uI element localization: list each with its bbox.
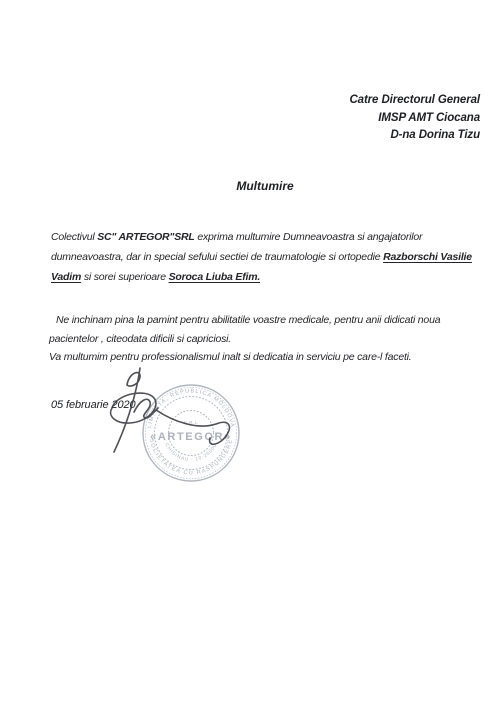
recipient-line-3: D-na Dorina Tizu xyxy=(349,127,480,145)
paragraph1-part1: Colectivul xyxy=(51,231,97,243)
nurse-name: Soroca Liuba Efim. xyxy=(169,271,261,283)
recipient-block: Catre Directorul General IMSP AMT Ciocan… xyxy=(349,92,480,145)
company-name: SC" ARTEGOR"SRL xyxy=(97,231,194,243)
signature-down-stroke xyxy=(114,368,140,452)
paragraph1-part3: si sorei superioare xyxy=(81,271,168,283)
recipient-line-2: IMSP AMT Ciocana xyxy=(349,110,480,128)
letter-title: Multumire xyxy=(30,179,500,193)
signature-tail xyxy=(156,410,229,444)
paragraph-dedication: Ne inchinam pina la pamint pentru abilit… xyxy=(49,311,491,348)
paragraph-gratitude: Colectivul SC" ARTEGOR"SRL exprima multu… xyxy=(51,228,483,287)
recipient-line-1: Catre Directorul General xyxy=(349,92,480,110)
scanned-letter-page: Catre Directorul General IMSP AMT Ciocan… xyxy=(0,0,500,707)
handwritten-signature xyxy=(98,360,250,472)
